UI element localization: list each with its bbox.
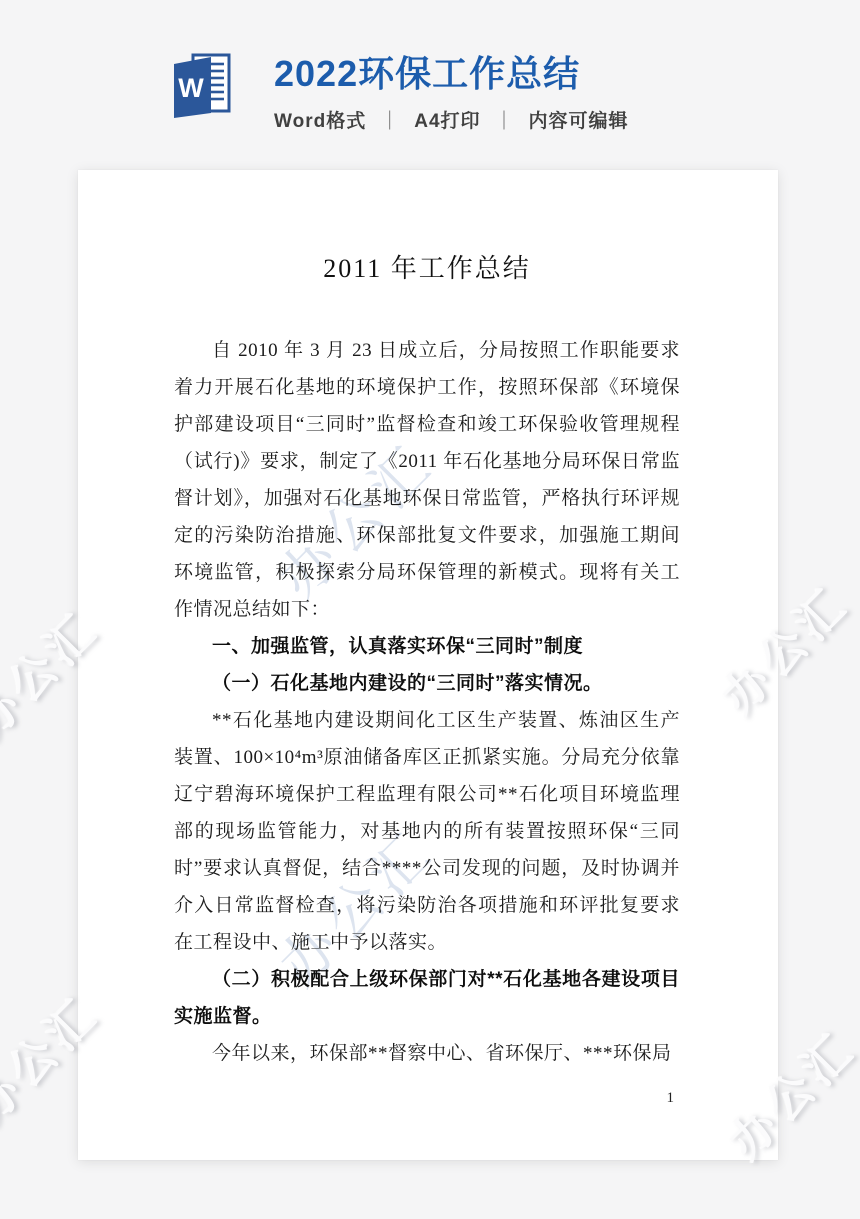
header-text: 2022环保工作总结 Word格式 ｜ A4打印 ｜ 内容可编辑 — [274, 52, 629, 133]
paragraph-this-year: 今年以来，环保部**督察中心、省环保厅、***环保局 — [174, 1035, 680, 1072]
heading-subsection-1-1: （一）石化基地内建设的“三同时”落实情况。 — [174, 665, 680, 702]
subtitle-feature-format: Word格式 — [274, 106, 366, 133]
document-title: 2011 年工作总结 — [174, 252, 680, 286]
heading-subsection-1-2: （二）积极配合上级环保部门对**石化基地各建设项目实施监督。 — [174, 961, 680, 1035]
preview-title: 2022环保工作总结 — [274, 54, 629, 94]
subtitle-separator: ｜ — [380, 106, 400, 133]
paragraph-intro: 自 2010 年 3 月 23 日成立后，分局按照工作职能要求着力开展石化基地的… — [174, 332, 680, 628]
document-preview-screen: { "header": { "title": "2022环保工作总结", "su… — [0, 0, 860, 1219]
paragraph-implementation: **石化基地内建设期间化工区生产装置、炼油区生产装置、100×10⁴m³原油储备… — [174, 702, 680, 961]
word-file-icon: W — [170, 52, 234, 118]
page-number: 1 — [667, 1090, 675, 1107]
subtitle-separator: ｜ — [495, 106, 515, 133]
subtitle-feature-editable: 内容可编辑 — [529, 106, 629, 133]
word-icon-letter: W — [178, 73, 204, 103]
preview-header: W 2022环保工作总结 Word格式 ｜ A4打印 ｜ 内容可编辑 — [170, 52, 629, 133]
document-body: 自 2010 年 3 月 23 日成立后，分局按照工作职能要求着力开展石化基地的… — [174, 332, 680, 1072]
document-page: 办公汇 办公汇 2011 年工作总结 自 2010 年 3 月 23 日成立后，… — [78, 170, 778, 1160]
preview-subtitle: Word格式 ｜ A4打印 ｜ 内容可编辑 — [274, 106, 629, 133]
heading-section-1: 一、加强监管，认真落实环保“三同时”制度 — [174, 628, 680, 665]
subtitle-feature-print: A4打印 — [414, 106, 480, 133]
